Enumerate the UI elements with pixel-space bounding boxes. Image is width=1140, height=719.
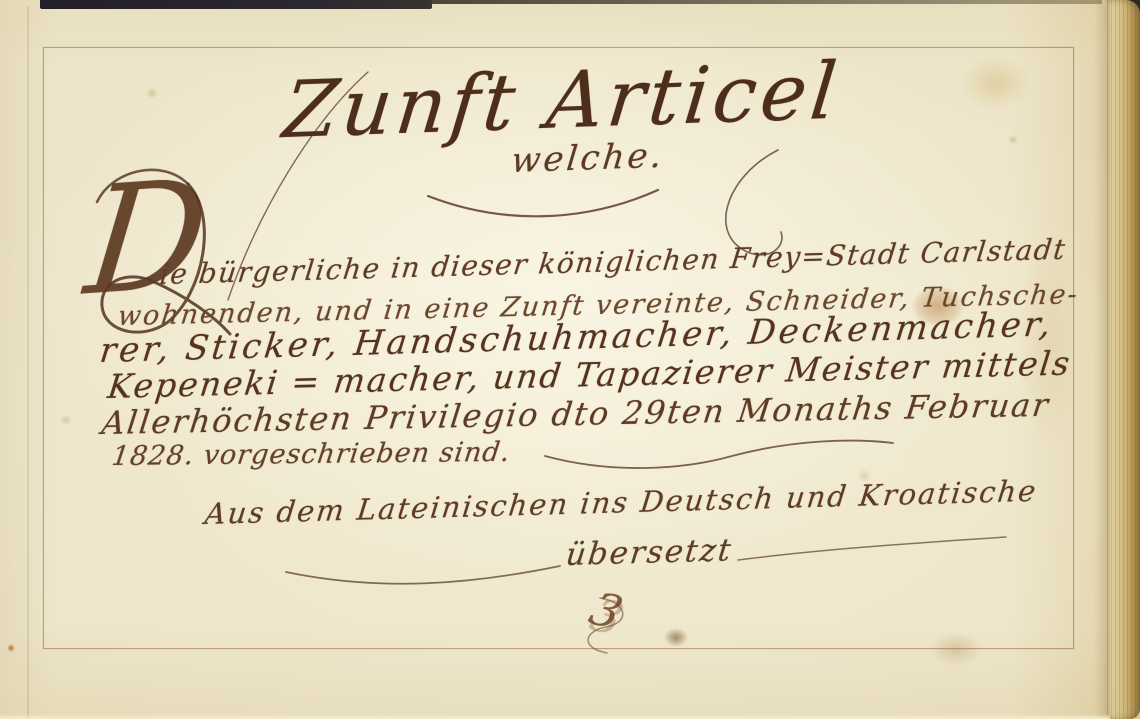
drop-cap-letter: D — [80, 159, 214, 317]
body-line: 1828. vorgeschrieben sind. — [110, 437, 512, 472]
footer-line: übersetzt — [564, 532, 734, 573]
book-cover-edge — [40, 0, 432, 9]
manuscript-page: Zunft Articel welche. D ie bürgerliche i… — [0, 0, 1140, 719]
paper-stain — [7, 644, 15, 652]
page-fore-edge — [1107, 0, 1140, 719]
document-subtitle: welche. — [509, 136, 666, 182]
book-cover-edge-thin — [430, 0, 1102, 4]
page-bottom-edge — [0, 714, 1110, 719]
page-left-edge — [27, 6, 29, 719]
